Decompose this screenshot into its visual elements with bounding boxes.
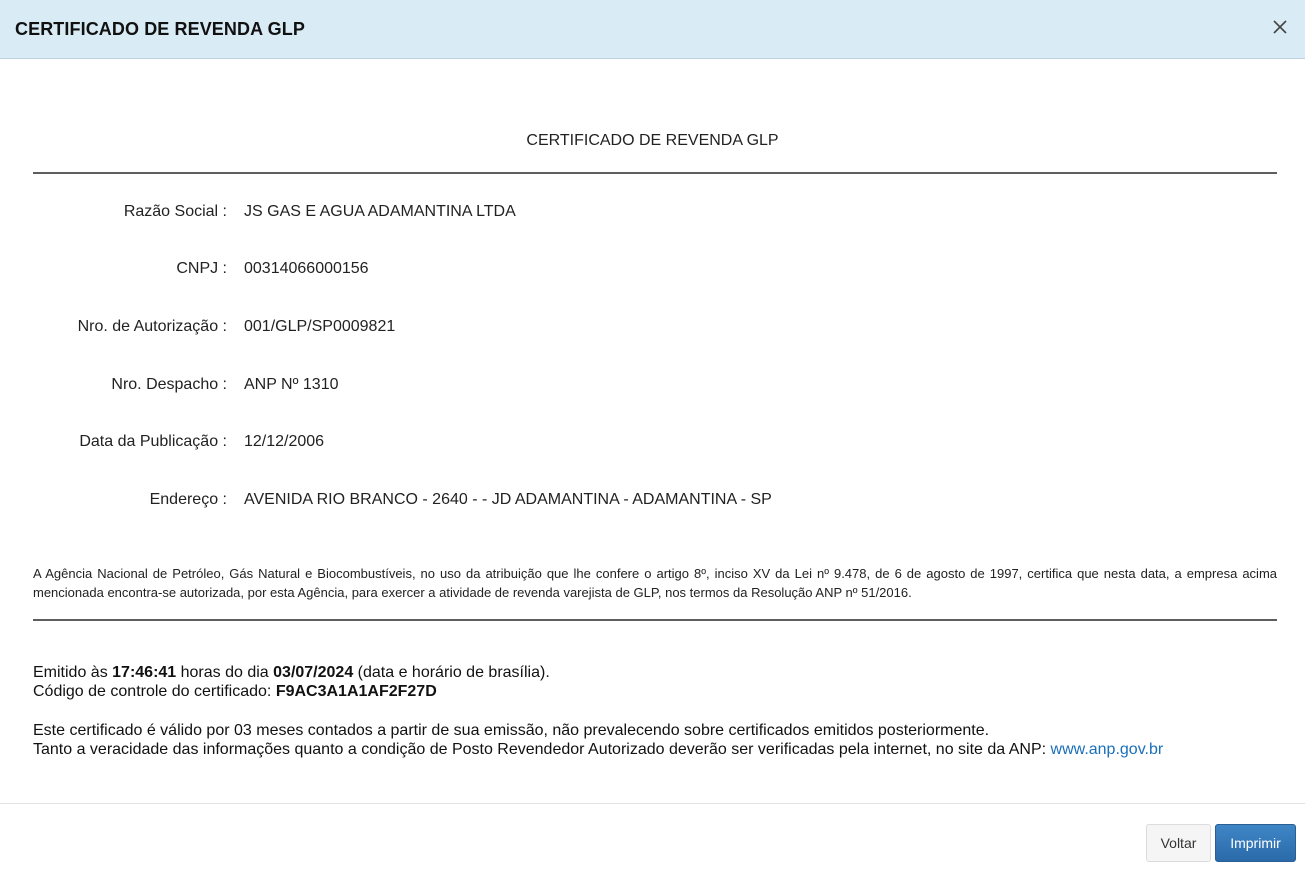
document-title: CERTIFICADO DE REVENDA GLP [0,132,1305,150]
issue-time: 17:46:41 [112,664,176,681]
issue-prefix: Emitido às [33,664,112,681]
close-icon [1271,18,1289,36]
close-button[interactable] [1271,18,1289,36]
field-label: CNPJ : [33,260,227,278]
issue-date: 03/07/2024 [273,664,353,681]
anp-link[interactable]: www.anp.gov.br [1051,741,1164,758]
field-cnpj: CNPJ : 00314066000156 [33,260,1277,282]
field-data-publicacao: Data da Publicação : 12/12/2006 [33,433,1277,455]
issue-line: Emitido às 17:46:41 horas do dia 03/07/2… [33,663,1277,682]
field-label: Nro. Despacho : [33,376,227,394]
field-label: Razão Social : [33,203,227,221]
modal-title: CERTIFICADO DE REVENDA GLP [15,19,305,40]
field-value: 12/12/2006 [244,433,324,451]
issue-middle: horas do dia [176,664,273,681]
field-endereco: Endereço : AVENIDA RIO BRANCO - 2640 - -… [33,491,1277,513]
modal-header: CERTIFICADO DE REVENDA GLP [0,0,1305,59]
field-autorizacao: Nro. de Autorização : 001/GLP/SP0009821 [33,318,1277,340]
verify-text: Tanto a veracidade das informações quant… [33,741,1051,758]
field-label: Endereço : [33,491,227,509]
divider-top [33,172,1277,174]
back-button[interactable]: Voltar [1146,824,1211,862]
field-value: ANP Nº 1310 [244,376,339,394]
field-razao-social: Razão Social : JS GAS E AGUA ADAMANTINA … [33,203,1277,225]
field-despacho: Nro. Despacho : ANP Nº 1310 [33,376,1277,398]
divider-bottom [33,619,1277,621]
field-value: 001/GLP/SP0009821 [244,318,395,336]
control-code-label: Código de controle do certificado: [33,683,276,700]
issue-suffix: (data e horário de brasília). [353,664,550,681]
control-code-line: Código de controle do certificado: F9AC3… [33,682,1277,701]
certificate-modal: CERTIFICADO DE REVENDA GLP CERTIFICADO D… [0,0,1305,877]
field-label: Data da Publicação : [33,433,227,451]
field-value: AVENIDA RIO BRANCO - 2640 - - JD ADAMANT… [244,491,772,509]
field-label: Nro. de Autorização : [33,318,227,336]
issue-info: Emitido às 17:46:41 horas do dia 03/07/2… [33,663,1277,701]
field-value: JS GAS E AGUA ADAMANTINA LTDA [244,203,516,221]
control-code: F9AC3A1A1AF2F27D [276,683,437,700]
validity-text: Este certificado é válido por 03 meses c… [33,721,1277,740]
modal-footer: Voltar Imprimir [0,803,1305,877]
validity-info: Este certificado é válido por 03 meses c… [33,721,1277,759]
print-button[interactable]: Imprimir [1215,824,1296,862]
legal-text: A Agência Nacional de Petróleo, Gás Natu… [33,564,1277,602]
verify-line: Tanto a veracidade das informações quant… [33,740,1277,759]
field-value: 00314066000156 [244,260,369,278]
